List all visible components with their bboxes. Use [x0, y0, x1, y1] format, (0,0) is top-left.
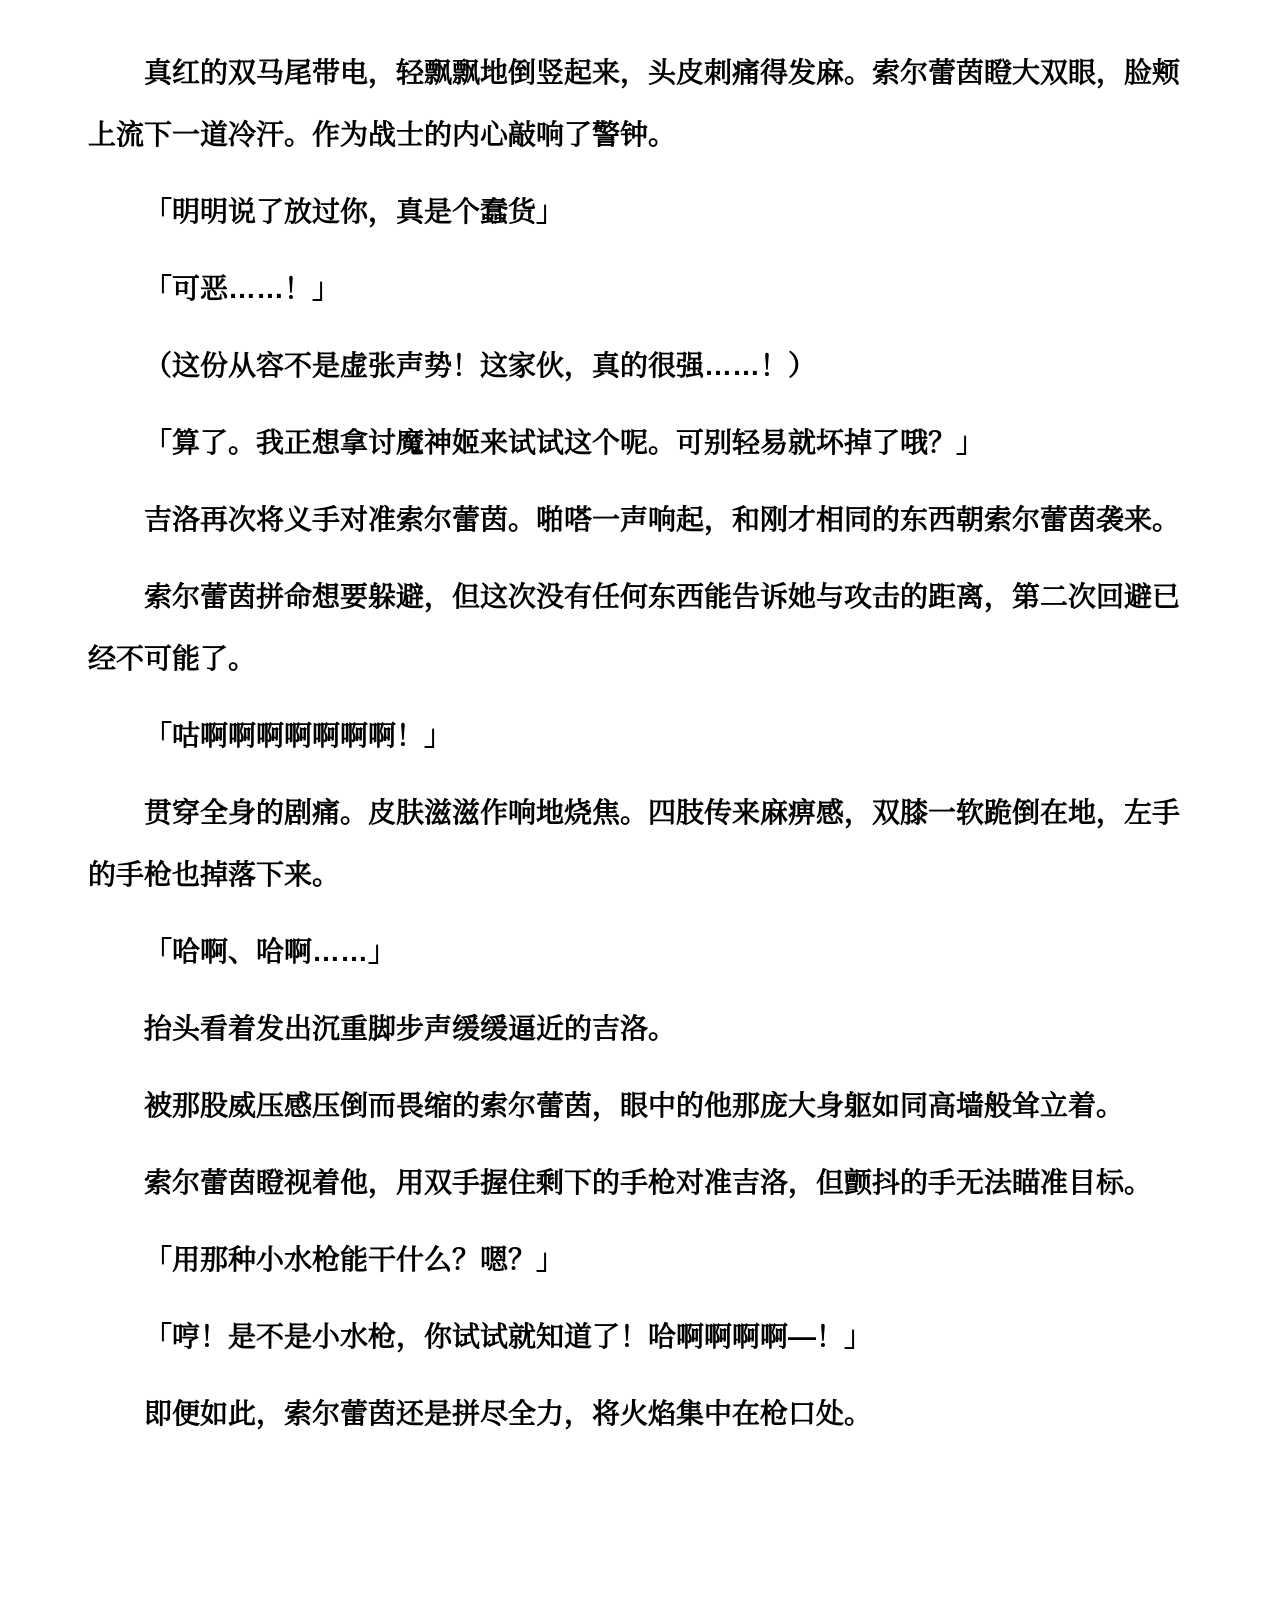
- paragraph-narration: 索尔蕾茵拼命想要躲避，但这次没有任何东西能告诉她与攻击的距离，第二次回避已经不可…: [88, 566, 1180, 690]
- paragraph-dialogue: 「明明说了放过你，真是个蠢货」: [88, 181, 1180, 243]
- paragraph-narration: 索尔蕾茵瞪视着他，用双手握住剩下的手枪对准吉洛，但颤抖的手无法瞄准目标。: [88, 1152, 1180, 1214]
- paragraph-narration: 被那股威压感压倒而畏缩的索尔蕾茵，眼中的他那庞大身躯如同高墙般耸立着。: [88, 1075, 1180, 1137]
- paragraph-narration: 即便如此，索尔蕾茵还是拼尽全力，将火焰集中在枪口处。: [88, 1383, 1180, 1445]
- paragraph-dialogue: 「算了。我正想拿讨魔神姬来试试这个呢。可别轻易就坏掉了哦？」: [88, 412, 1180, 474]
- paragraph-dialogue: 「咕啊啊啊啊啊啊啊！」: [88, 705, 1180, 767]
- novel-text-page: 真红的双马尾带电，轻飘飘地倒竖起来，头皮刺痛得发麻。索尔蕾茵瞪大双眼，脸颊上流下…: [0, 0, 1280, 1624]
- paragraph-dialogue: 「哼！是不是小水枪，你试试就知道了！哈啊啊啊啊—！」: [88, 1306, 1180, 1368]
- paragraph-narration: 吉洛再次将义手对准索尔蕾茵。啪嗒一声响起，和刚才相同的东西朝索尔蕾茵袭来。: [88, 489, 1180, 551]
- paragraph-narration: 真红的双马尾带电，轻飘飘地倒竖起来，头皮刺痛得发麻。索尔蕾茵瞪大双眼，脸颊上流下…: [88, 42, 1180, 166]
- paragraph-dialogue: 「可恶……！」: [88, 258, 1180, 320]
- paragraph-dialogue: 「用那种小水枪能干什么？嗯？」: [88, 1229, 1180, 1291]
- paragraph-dialogue: 「哈啊、哈啊……」: [88, 921, 1180, 983]
- paragraph-narration: 贯穿全身的剧痛。皮肤滋滋作响地烧焦。四肢传来麻痹感，双膝一软跪倒在地，左手的手枪…: [88, 782, 1180, 906]
- paragraph-narration: 抬头看着发出沉重脚步声缓缓逼近的吉洛。: [88, 998, 1180, 1060]
- paragraph-thought: （这份从容不是虚张声势！这家伙，真的很强……！）: [88, 335, 1180, 397]
